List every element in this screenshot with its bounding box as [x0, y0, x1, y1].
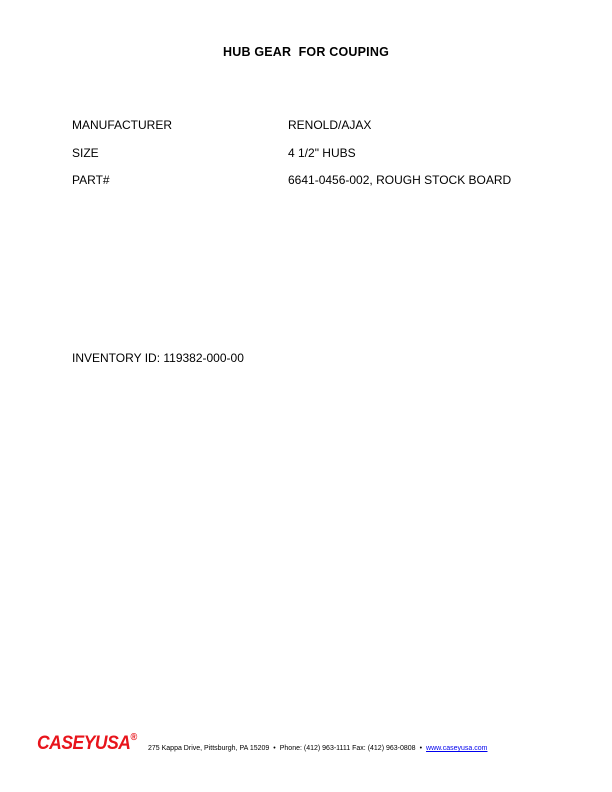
footer-address: 275 Kappa Drive, Pittsburgh, PA 15209 — [148, 745, 269, 752]
separator-dot: • — [416, 745, 426, 752]
field-value: RENOLD/AJAX — [288, 118, 371, 132]
document-title: HUB GEAR FOR COUPING — [0, 45, 612, 59]
field-value: 6641-0456-002, ROUGH STOCK BOARD — [288, 173, 511, 187]
footer: CASEYUSA® 275 Kappa Drive, Pittsburgh, P… — [37, 733, 597, 757]
field-label: SIZE — [72, 146, 99, 160]
footer-contact: 275 Kappa Drive, Pittsburgh, PA 15209•Ph… — [148, 745, 488, 752]
field-label: MANUFACTURER — [72, 118, 172, 132]
inventory-id: INVENTORY ID: 119382-000-00 — [72, 351, 244, 365]
separator-dot: • — [269, 745, 279, 752]
website-link[interactable]: www.caseyusa.com — [426, 745, 487, 752]
field-label: PART# — [72, 173, 110, 187]
registered-mark: ® — [130, 732, 136, 743]
caseyusa-logo: CASEYUSA® — [37, 733, 137, 755]
field-value: 4 1/2" HUBS — [288, 146, 356, 160]
footer-phone-fax: Phone: (412) 963-1111 Fax: (412) 963-080… — [280, 745, 416, 752]
logo-text: CASEYUSA — [37, 733, 130, 754]
